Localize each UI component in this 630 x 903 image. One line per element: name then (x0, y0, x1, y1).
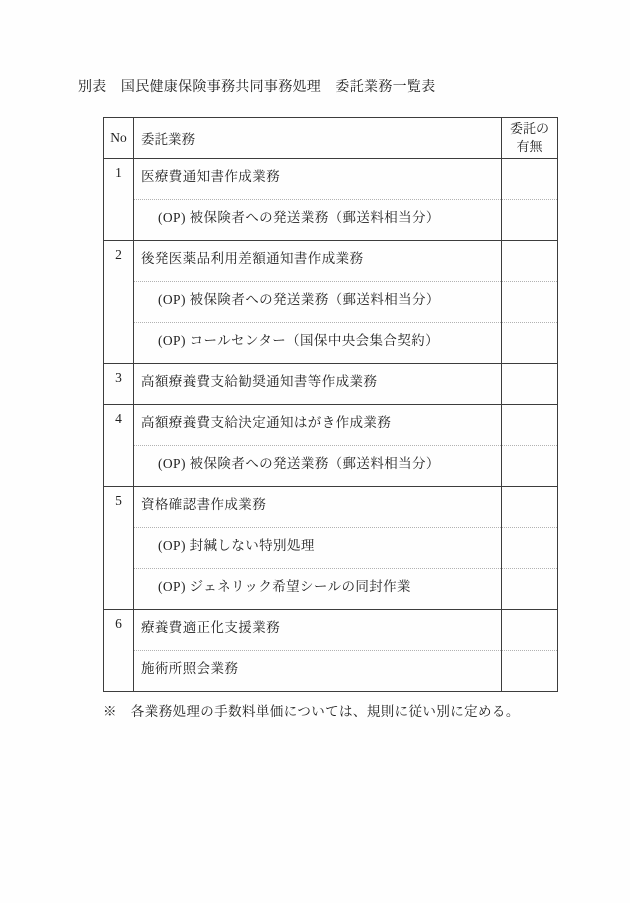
table-subrow: (OP) ジェネリック希望シールの同封作業 (104, 569, 558, 610)
row-number: 3 (104, 364, 134, 405)
table-subrow: (OP) 封緘しない特別処理 (104, 528, 558, 569)
task-cell: 高額療養費支給決定通知はがき作成業務 (134, 405, 502, 446)
task-cell: 後発医薬品利用差額通知書作成業務 (134, 241, 502, 282)
status-cell (502, 241, 558, 282)
task-cell: 療養費適正化支援業務 (134, 610, 502, 651)
row-number: 2 (104, 241, 134, 364)
task-cell: 資格確認書作成業務 (134, 487, 502, 528)
table-subrow: (OP) 被保険者への発送業務（郵送料相当分） (104, 200, 558, 241)
status-cell (502, 282, 558, 323)
row-number: 1 (104, 159, 134, 241)
task-cell: 高額療養費支給勧奨通知書等作成業務 (134, 364, 502, 405)
task-option-cell: (OP) 被保険者への発送業務（郵送料相当分） (134, 446, 502, 487)
task-option-cell: (OP) 封緘しない特別処理 (134, 528, 502, 569)
status-cell (502, 364, 558, 405)
table-subrow: (OP) 被保険者への発送業務（郵送料相当分） (104, 446, 558, 487)
task-option-cell: (OP) 被保険者への発送業務（郵送料相当分） (134, 282, 502, 323)
table-row: 2 後発医薬品利用差額通知書作成業務 (104, 241, 558, 282)
status-cell (502, 200, 558, 241)
task-option-cell: (OP) コールセンター（国保中央会集合契約） (134, 323, 502, 364)
task-cell: 施術所照会業務 (134, 651, 502, 692)
table-subrow: 施術所照会業務 (104, 651, 558, 692)
document-title: 別表 国民健康保険事務共同事務処理 委託業務一覧表 (78, 76, 436, 96)
status-cell (502, 569, 558, 610)
status-cell (502, 159, 558, 200)
table-row: 4 高額療養費支給決定通知はがき作成業務 (104, 405, 558, 446)
col-header-status: 委託の 有無 (502, 118, 558, 159)
col-header-no: No (104, 118, 134, 159)
task-option-cell: (OP) ジェネリック希望シールの同封作業 (134, 569, 502, 610)
table-subrow: (OP) 被保険者への発送業務（郵送料相当分） (104, 282, 558, 323)
document-page: 別表 国民健康保険事務共同事務処理 委託業務一覧表 No 委託業務 委託の 有無… (0, 0, 630, 903)
table-row: 1 医療費通知書作成業務 (104, 159, 558, 200)
row-number: 5 (104, 487, 134, 610)
status-cell (502, 610, 558, 651)
status-cell (502, 323, 558, 364)
status-cell (502, 446, 558, 487)
table-row: 5 資格確認書作成業務 (104, 487, 558, 528)
col-header-task: 委託業務 (134, 118, 502, 159)
status-cell (502, 405, 558, 446)
table-subrow: (OP) コールセンター（国保中央会集合契約） (104, 323, 558, 364)
status-cell (502, 528, 558, 569)
table-row: 6 療養費適正化支援業務 (104, 610, 558, 651)
table-header-row: No 委託業務 委託の 有無 (104, 118, 558, 159)
row-number: 6 (104, 610, 134, 692)
entrusted-tasks-table: No 委託業務 委託の 有無 1 医療費通知書作成業務 (OP) 被保険者への発… (103, 117, 558, 692)
row-number: 4 (104, 405, 134, 487)
table-row: 3 高額療養費支給勧奨通知書等作成業務 (104, 364, 558, 405)
status-cell (502, 651, 558, 692)
footnote: ※ 各業務処理の手数料単価については、規則に従い別に定める。 (103, 700, 520, 720)
status-cell (502, 487, 558, 528)
task-option-cell: (OP) 被保険者への発送業務（郵送料相当分） (134, 200, 502, 241)
task-cell: 医療費通知書作成業務 (134, 159, 502, 200)
